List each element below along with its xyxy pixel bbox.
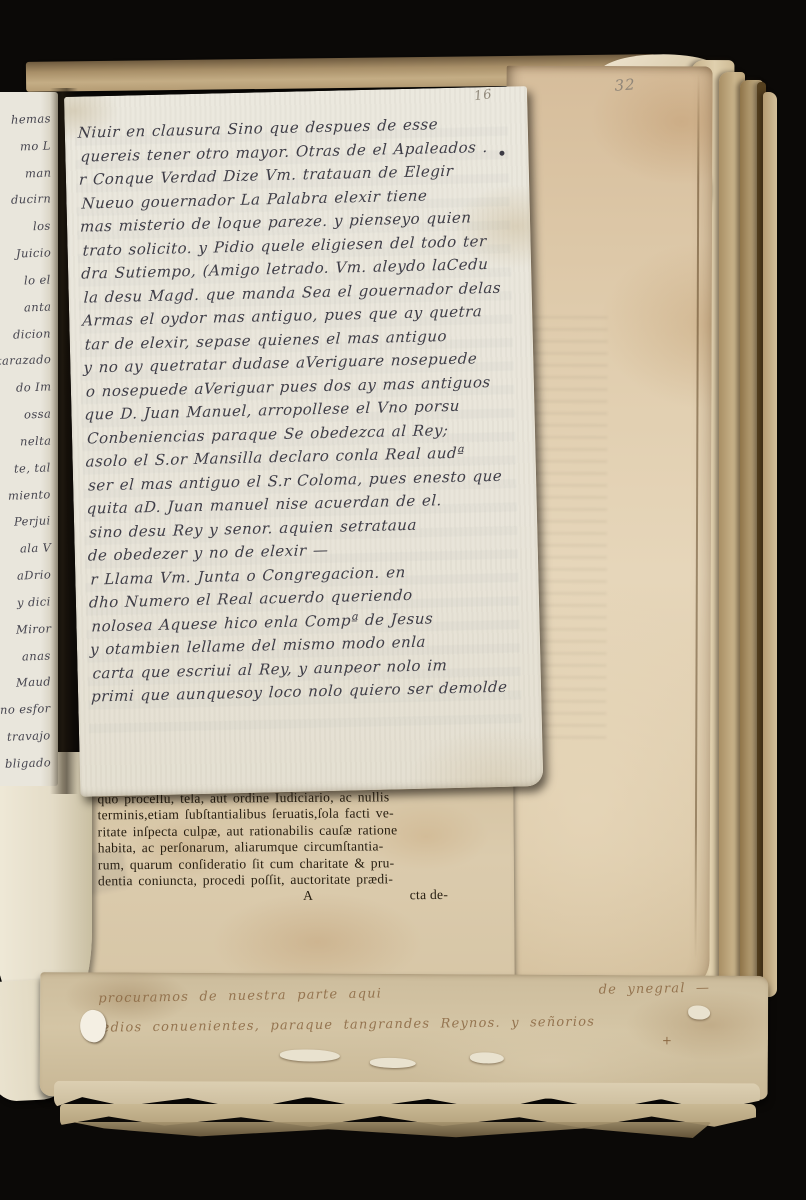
bottom-page-edge (72, 1122, 712, 1138)
text-fragment: man (24, 165, 51, 180)
paper-chip (688, 1005, 710, 1019)
text-fragment: anas (22, 648, 51, 663)
page-edge-strip (763, 92, 777, 997)
text-fragment: miento (8, 487, 51, 502)
page-crease (694, 72, 699, 959)
text-fragment: hemas (11, 111, 51, 126)
text-fragment: nelta (19, 433, 51, 448)
text-fragment: no esfor (0, 701, 51, 717)
text-fragment: ossa (24, 407, 52, 422)
text-fragment: y dici (17, 594, 51, 609)
parchment-line-1: procuramos de nuestra parte aqui de yneg… (98, 981, 710, 1007)
manuscript-page-16: 16 Niuir en clausura Sino que despues de… (64, 86, 543, 797)
signature-mark: A (303, 888, 313, 904)
text-fragment: Perjui (14, 514, 51, 529)
parchment-text: de ynegral — (599, 981, 711, 998)
text-fragment: dicion (13, 326, 51, 341)
folio-number-16: 16 (474, 87, 494, 104)
text-fragment: mo L (20, 138, 51, 153)
parchment-cross-mark: + (662, 1033, 672, 1047)
text-fragment: te, tal (14, 460, 51, 475)
text-fragment: ala V (19, 541, 51, 556)
printed-latin-page: de cætero ſeruari volumus: nempe vt omni… (75, 770, 515, 991)
text-fragment: bligado (5, 755, 51, 771)
text-fragment: travajo (7, 728, 51, 744)
book-photograph: 32 de cætero ſeruari volumus: nempe vt o… (0, 0, 806, 1200)
parchment-text: procuramos de nuestra parte aqui (98, 986, 382, 1006)
parchment-text: medios conuenientes, paraque tangrandes … (88, 1015, 595, 1036)
text-fragment: ducirn (11, 192, 52, 207)
printed-text-block: quo proceſſu, tela, aut ordine Iudiciari… (97, 789, 500, 890)
text-fragment: anta (23, 299, 51, 314)
text-fragment: tarazado (0, 353, 51, 369)
text-fragment: Maud (16, 675, 51, 690)
catchword: cta de- (410, 887, 448, 903)
folio-number-32: 32 (614, 75, 636, 94)
text-fragment: do Im (15, 380, 51, 395)
text-fragment: lo el (24, 273, 51, 288)
paper-chip (370, 1058, 416, 1068)
printed-footline: A cta de- (98, 887, 500, 907)
text-fragment: Miror (15, 621, 51, 636)
text-fragment: aDrio (17, 567, 52, 582)
paper-chip (280, 1049, 340, 1061)
manuscript-text-block: Niuir en clausura Sino que despues de es… (78, 111, 526, 709)
parchment-line-2: medios conuenientes, paraque tangrandes … (88, 1011, 595, 1036)
parchment-page: procuramos de nuestra parte aqui de yneg… (40, 972, 769, 1100)
paper-chip (470, 1052, 504, 1063)
text-fragment: Juicio (16, 246, 52, 261)
text-fragment: los (33, 219, 51, 234)
